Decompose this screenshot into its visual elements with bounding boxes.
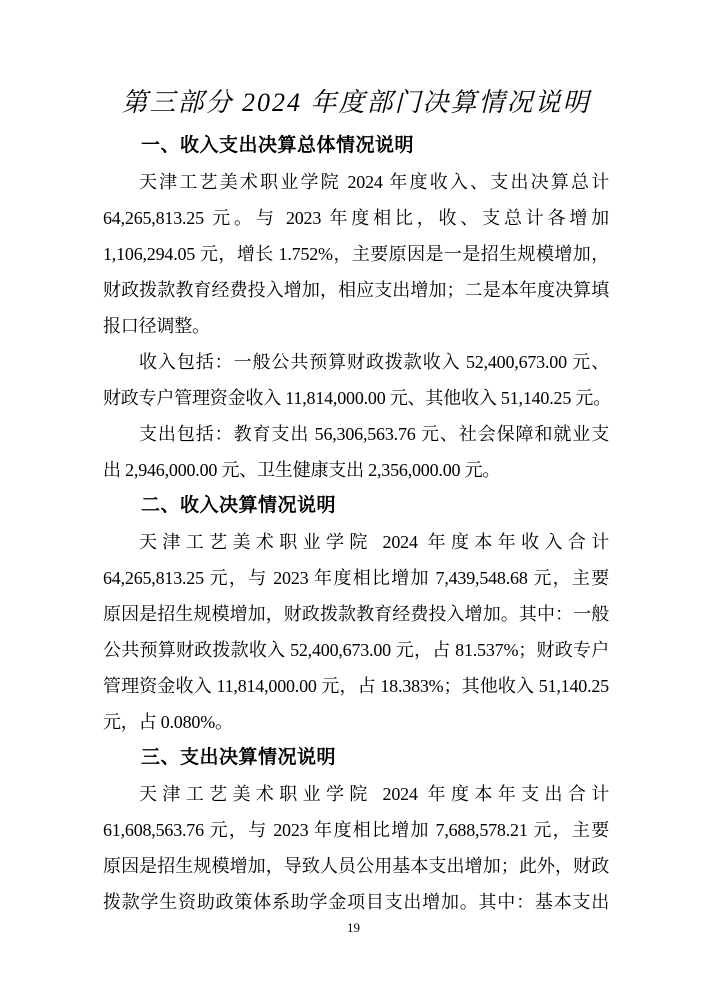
text-line: 财政专户管理资金收入 11,814,000.00 元、其他收入 51,140.2…: [103, 380, 609, 416]
page-number: 19: [0, 918, 707, 938]
text-line: 拨款学生资助政策体系助学金项目支出增加。其中：基本支出: [103, 884, 609, 920]
text-line: 原因是招生规模增加，导致人员公用基本支出增加；此外，财政: [103, 848, 609, 884]
text-line: 报口径调整。: [103, 308, 609, 344]
text-line: 原因是招生规模增加，财政拨款教育经费投入增加。其中：一般: [103, 596, 609, 632]
text-line: 天津工艺美术职业学院 2024 年度本年支出合计: [103, 776, 609, 812]
document-body: 一、收入支出决算总体情况说明天津工艺美术职业学院 2024 年度收入、支出决算总…: [103, 128, 609, 920]
document-title: 第三部分 2024 年度部门决算情况说明: [103, 84, 609, 122]
text-line: 元，占 0.080%。: [103, 704, 609, 740]
section-heading: 一、收入支出决算总体情况说明: [103, 128, 609, 164]
section-heading: 三、支出决算情况说明: [103, 740, 609, 776]
text-line: 64,265,813.25 元。与 2023 年度相比，收、支总计各增加: [103, 200, 609, 236]
text-line: 收入包括：一般公共预算财政拨款收入 52,400,673.00 元、: [103, 344, 609, 380]
text-line: 天津工艺美术职业学院 2024 年度收入、支出决算总计: [103, 164, 609, 200]
text-line: 管理资金收入 11,814,000.00 元，占 18.383%；其他收入 51…: [103, 668, 609, 704]
text-line: 公共预算财政拨款收入 52,400,673.00 元，占 81.537%；财政专…: [103, 632, 609, 668]
text-line: 64,265,813.25 元，与 2023 年度相比增加 7,439,548.…: [103, 560, 609, 596]
document-page: 第三部分 2024 年度部门决算情况说明 一、收入支出决算总体情况说明天津工艺美…: [0, 0, 707, 1000]
text-line: 支出包括：教育支出 56,306,563.76 元、社会保障和就业支: [103, 416, 609, 452]
text-line: 出 2,946,000.00 元、卫生健康支出 2,356,000.00 元。: [103, 452, 609, 488]
text-line: 61,608,563.76 元，与 2023 年度相比增加 7,688,578.…: [103, 812, 609, 848]
text-line: 1,106,294.05 元，增长 1.752%，主要原因是一是招生规模增加，: [103, 236, 609, 272]
text-line: 财政拨款教育经费投入增加，相应支出增加；二是本年度决算填: [103, 272, 609, 308]
text-line: 天津工艺美术职业学院 2024 年度本年收入合计: [103, 524, 609, 560]
section-heading: 二、收入决算情况说明: [103, 488, 609, 524]
